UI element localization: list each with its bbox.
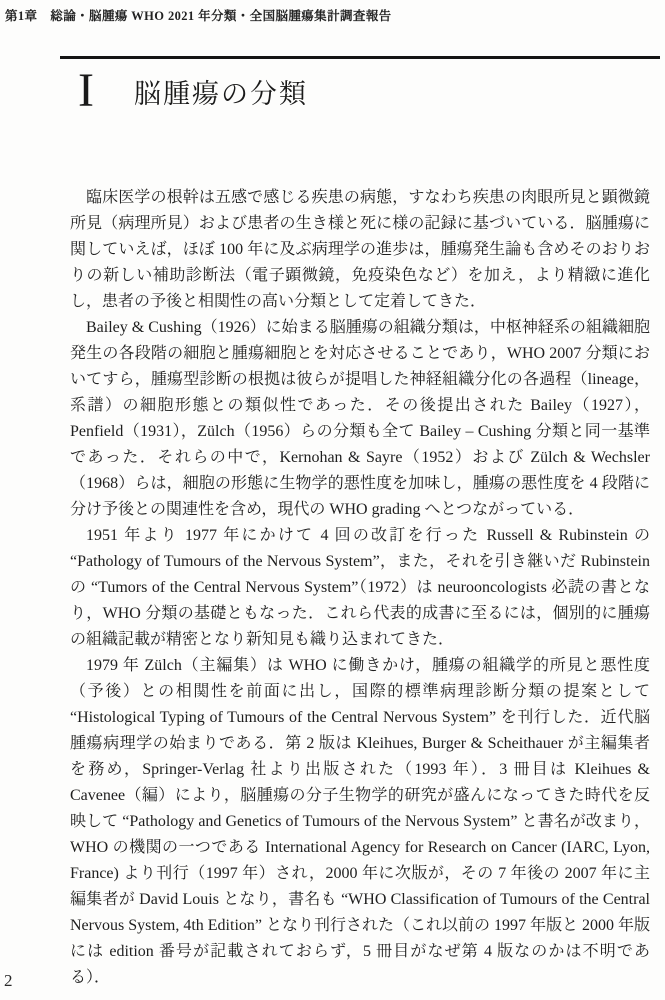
paragraph-1: 臨床医学の根幹は五感で感じる疾患の病態，すなわち疾患の肉眼所見と顕微鏡所見（病理… — [70, 185, 650, 315]
running-header: 第1章 総論・脳腫瘍 WHO 2021 年分類・全国脳腫瘍集計調査報告 — [5, 6, 392, 24]
section-numeral: I — [78, 67, 94, 115]
section-rule — [60, 56, 660, 59]
article-body: 臨床医学の根幹は五感で感じる疾患の病態，すなわち疾患の肉眼所見と顕微鏡所見（病理… — [70, 185, 650, 991]
paragraph-4: 1979 年 Zülch（主編集）は WHO に働きかけ，腫瘍の組織学的所見と悪… — [70, 653, 650, 991]
paragraph-3: 1951 年より 1977 年にかけて 4 回の改訂を行った Russell &… — [70, 523, 650, 653]
page-number: 2 — [4, 971, 13, 991]
section-title: 脳腫瘍の分類 — [134, 72, 308, 111]
paragraph-2: Bailey & Cushing（1926）に始まる脳腫瘍の組織分類は，中枢神経… — [70, 315, 650, 523]
book-page: 第1章 総論・脳腫瘍 WHO 2021 年分類・全国脳腫瘍集計調査報告 I 脳腫… — [0, 0, 665, 1000]
